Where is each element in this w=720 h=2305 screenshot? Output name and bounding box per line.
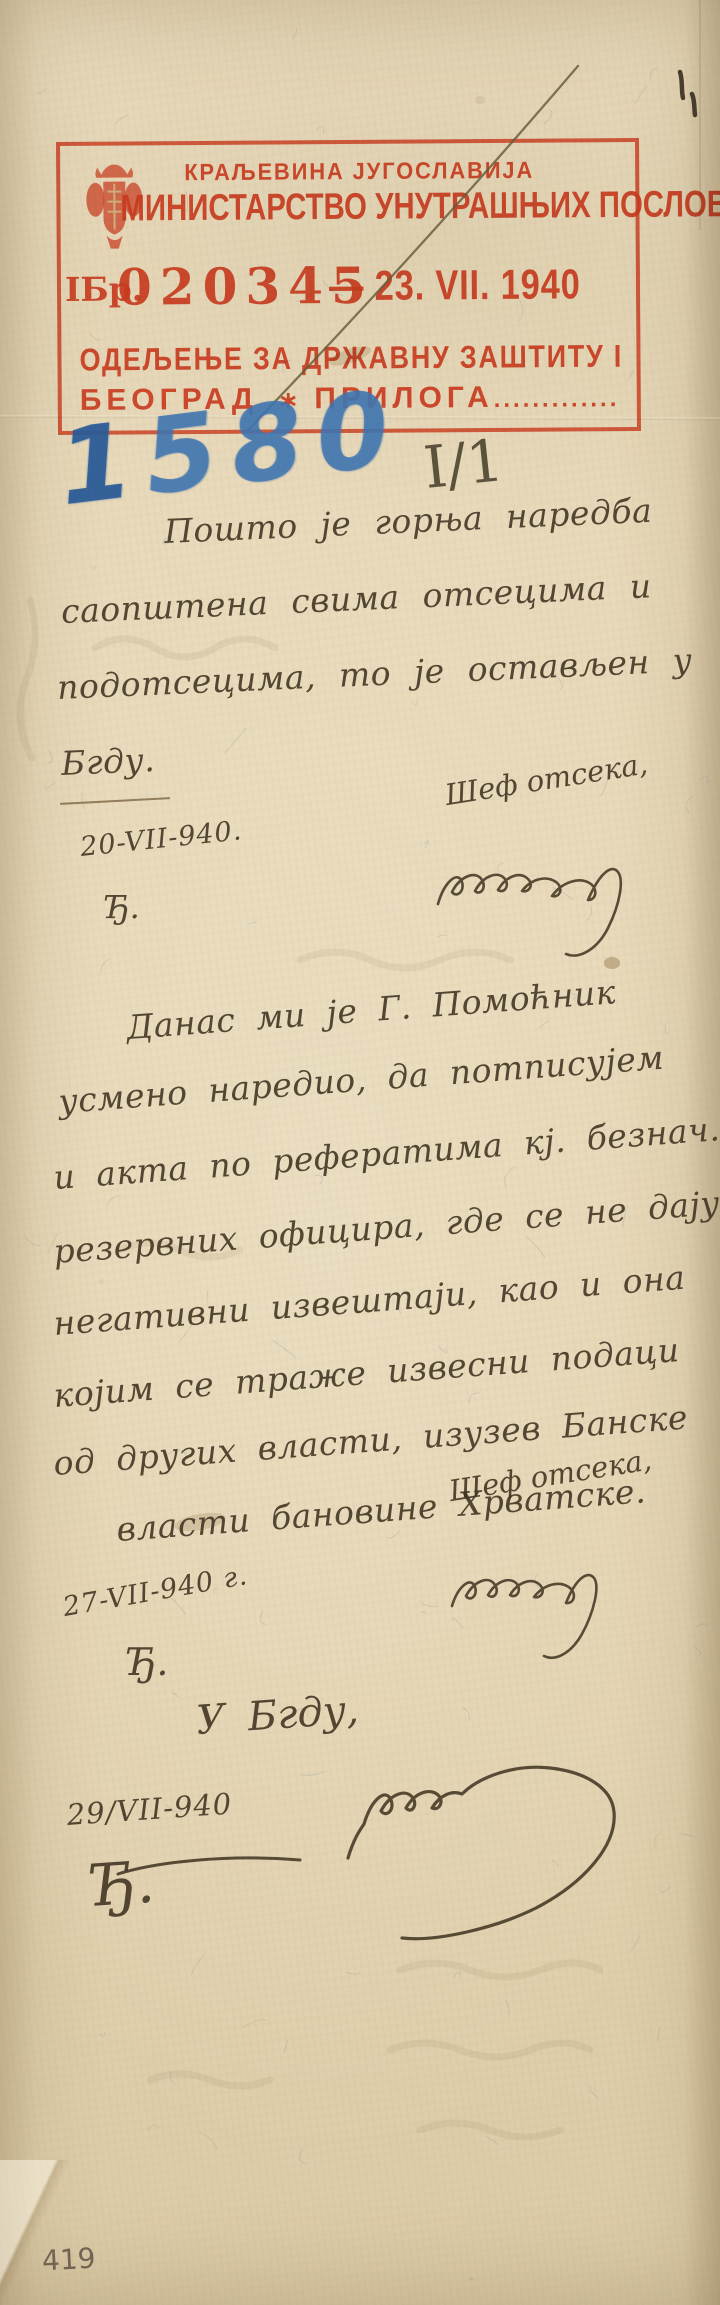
paper-fiber (191, 1954, 205, 1975)
paper-fiber (700, 777, 708, 784)
paper-fiber (505, 1166, 515, 1186)
page-number: 419 (41, 2242, 96, 2278)
paper-fiber (454, 1972, 460, 1979)
paper-fiber (170, 2073, 175, 2085)
paper-fiber (249, 922, 257, 924)
paper-fiber (82, 792, 84, 808)
note2-line: усмено наредио, да потписујем (57, 1038, 665, 1121)
paper-fiber (659, 1886, 670, 1891)
note1-line: подотсецима, то је остављен у (56, 640, 693, 707)
paper-fiber (100, 1279, 103, 1283)
paper-fiber (657, 2027, 660, 2042)
paper-fiber (665, 1025, 668, 1034)
note3-date: 29/VII-940 (66, 1787, 234, 1832)
note2-line: Данас ми је Г. Помоћник (125, 972, 617, 1047)
paper-fiber (260, 1610, 265, 1624)
paper-fiber (101, 959, 110, 973)
paper-fiber (590, 2087, 598, 2098)
paper-fiber (301, 1771, 324, 1775)
note2-line: негативни извештаји, као и она (52, 1258, 686, 1343)
paper-fiber (387, 1532, 399, 1539)
note1-closing-title: Шеф отсека, (443, 746, 650, 812)
paper-fiber (200, 2133, 217, 2150)
paper-fiber (469, 1393, 479, 1403)
paper-fiber (26, 1238, 40, 1246)
note3-place-line: У Бгду, (195, 1687, 360, 1744)
paper-fiber (506, 2000, 509, 2014)
paper-fiber (486, 2136, 499, 2145)
paper-fiber (680, 1834, 695, 1838)
paper-fiber (696, 1624, 707, 1627)
paper-fiber (463, 1707, 469, 1720)
paper-fiber (45, 782, 55, 788)
paper-fiber (273, 1341, 295, 1358)
note1-signature (428, 842, 663, 972)
archival-document-page: КРАЉЕВИНА ЈУГОСЛАВИЈА МИНИСТАРСТВО УНУТР… (0, 0, 720, 2305)
paper-fiber (420, 1601, 438, 1607)
paper-fiber (172, 1693, 178, 1697)
paper-fiber (106, 1196, 120, 1207)
bottom-left-fold-crease (0, 2160, 130, 2305)
note1-date: 20-VII-940. (79, 815, 244, 863)
corner-ink-mark (668, 66, 712, 130)
note3-signature (338, 1740, 660, 1958)
paper-fiber (421, 1611, 426, 1613)
note2-line: и акта по рефератима кј. безнач., (52, 1108, 720, 1197)
note3-initial-flourish (112, 1850, 312, 1884)
paper-fiber (540, 1022, 548, 1028)
paper-fiber (693, 1646, 701, 1656)
note1-clerk-initial: Ђ. (104, 888, 140, 926)
note2-line: којим се траже извесни подаци (52, 1330, 681, 1415)
paper-fiber (148, 2125, 159, 2131)
paper-fiber (469, 2278, 474, 2280)
paper-fiber (100, 2033, 105, 2037)
note2-signature (444, 1548, 654, 1673)
paper-fiber (346, 1972, 360, 1974)
paper-fiber (413, 702, 417, 705)
note1-line: саопштена свима отсецима и (60, 566, 652, 631)
note2-line: резервних официра, где се не дају (52, 1183, 720, 1271)
file-classification-mark: I/1 (421, 426, 507, 502)
paper-fiber (92, 565, 95, 569)
note2-date: 27-VII-940 г. (61, 1560, 250, 1623)
paper-fiber (244, 2020, 267, 2028)
paper-fiber (687, 796, 694, 814)
paper-fiber (299, 2149, 305, 2163)
note1-underline (60, 797, 170, 805)
paper-fiber (48, 751, 52, 763)
paper-fiber (284, 2040, 288, 2053)
note2-clerk-initial: Ђ. (126, 1640, 168, 1684)
paper-fiber (527, 1237, 545, 1258)
note1-line: Бгду. (60, 740, 156, 783)
paper-fiber (225, 728, 246, 753)
